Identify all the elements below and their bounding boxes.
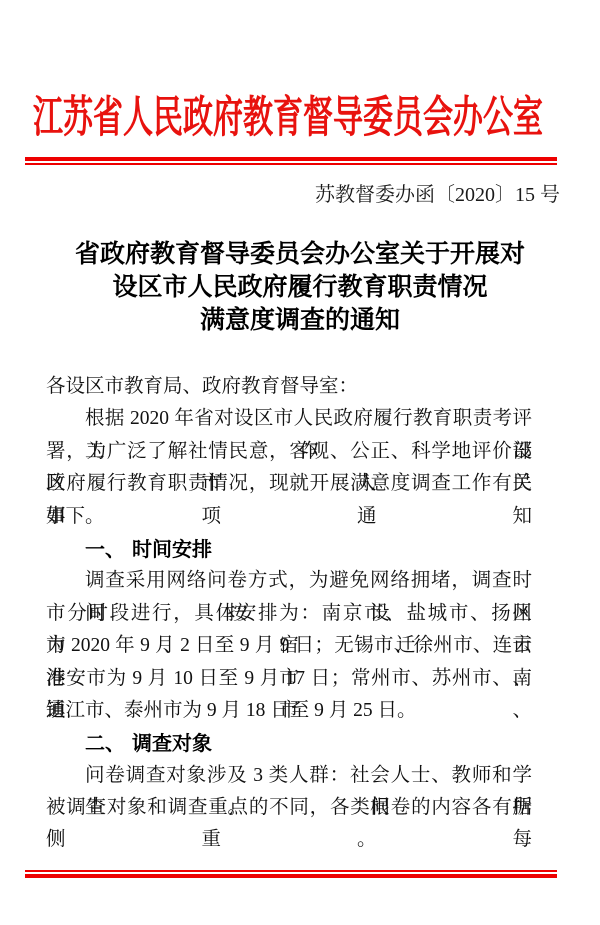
text-line: 为 2020 年 9 月 2 日至 9 月 9 日；无锡市、徐州市、连云港市、 (46, 630, 532, 662)
footer-separator-rule (25, 870, 557, 878)
document-reference-number: 苏教督委办函〔2020〕15 号 (315, 182, 560, 208)
document-title-line: 省政府教育督导委员会办公室关于开展对 (0, 238, 600, 271)
text-line: 淮安市为 9 月 10 日至 9 月 17 日；常州市、苏州市、南通市、 (46, 663, 532, 695)
text-line: 一、 时间安排 (46, 533, 532, 565)
text-line: 调查采用网络问卷方式，为避免网络拥堵，调查时间按设区 (46, 565, 532, 597)
paragraph: 根据 2020 年省对设区市人民政府履行教育职责考评工作部署，为广泛了解社情民意… (46, 403, 532, 533)
document-title-line: 满意度调查的通知 (0, 304, 600, 337)
text-line: 政府履行教育职责情况，现就开展满意度调查工作有关事项通知 (46, 468, 532, 500)
text-line: 各设区市教育局、政府教育督导室： (46, 371, 532, 403)
text-line: 问卷调查对象涉及 3 类人群：社会人士、教师和学生。根据 (46, 760, 532, 792)
text-line: 被调查对象和调查重点的不同，各类问卷的内容各有所侧重。每 (46, 792, 532, 824)
rule-thick-line (25, 874, 557, 878)
paragraph: 问卷调查对象涉及 3 类人群：社会人士、教师和学生。根据被调查对象和调查重点的不… (46, 760, 532, 825)
text-line: 根据 2020 年省对设区市人民政府履行教育职责考评工作部 (46, 403, 532, 435)
paragraph: 各设区市教育局、政府教育督导室： (46, 371, 532, 403)
document-title-line: 设区市人民政府履行教育职责情况 (0, 271, 600, 304)
document-title: 省政府教育督导委员会办公室关于开展对 设区市人民政府履行教育职责情况 满意度调查… (0, 238, 600, 337)
text-line: 市分时段进行，具体安排为：南京市、盐城市、扬州市、宿迁市 (46, 598, 532, 630)
document-page: 江苏省人民政府教育督导委员会办公室 苏教督委办函〔2020〕15 号 省政府教育… (0, 0, 600, 925)
text-line: 二、 调查对象 (46, 727, 532, 759)
paragraph: 调查采用网络问卷方式，为避免网络拥堵，调查时间按设区市分时段进行，具体安排为：南… (46, 565, 532, 727)
document-body: 各设区市教育局、政府教育督导室：根据 2020 年省对设区市人民政府履行教育职责… (46, 371, 532, 824)
text-line: 署，为广泛了解社情民意，客观、公正、科学地评价设区市人民 (46, 436, 532, 468)
letterhead-org-name: 江苏省人民政府教育督导委员会办公室 (0, 97, 588, 141)
section-heading: 一、 时间安排 (46, 533, 532, 565)
rule-thin-line (25, 163, 557, 165)
letterhead-separator-rule (25, 157, 557, 165)
section-heading: 二、 调查对象 (46, 727, 532, 759)
